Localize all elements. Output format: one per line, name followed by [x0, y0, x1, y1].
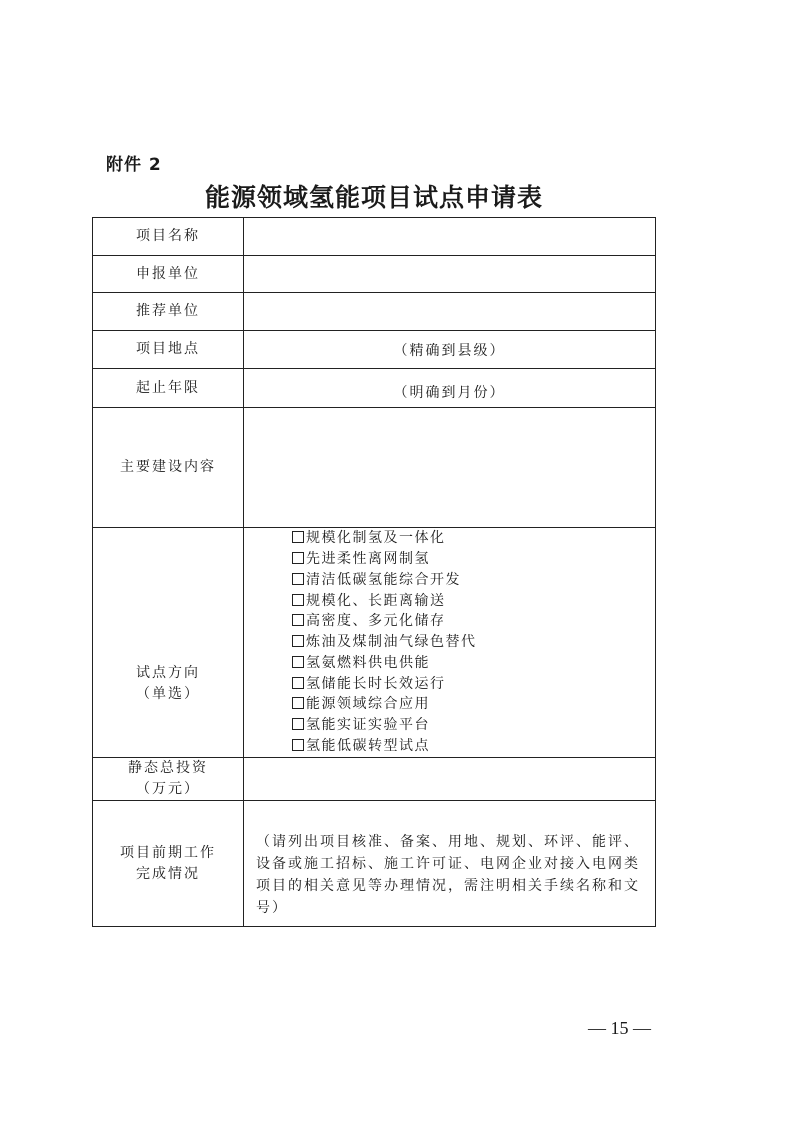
row-direction: 试点方向 （单选） 规模化制氢及一体化 先进柔性离网制氢 清洁低碳氢能综合开发 … — [93, 528, 656, 758]
preliminary-sublabel: 完成情况 — [93, 864, 243, 885]
direction-sublabel: （单选） — [93, 684, 243, 705]
main-content-field[interactable] — [244, 408, 656, 528]
row-period: 起止年限 （明确到月份） — [93, 369, 656, 408]
checkbox-icon[interactable] — [292, 531, 304, 543]
applicant-field[interactable] — [244, 256, 656, 293]
direction-option[interactable]: 规模化制氢及一体化 — [292, 528, 655, 549]
checkbox-icon[interactable] — [292, 739, 304, 751]
location-label: 项目地点 — [93, 331, 244, 369]
direction-option[interactable]: 能源领域综合应用 — [292, 694, 655, 715]
direction-option[interactable]: 规模化、长距离输送 — [292, 591, 655, 612]
preliminary-hint: （请列出项目核准、备案、用地、规划、环评、能评、设备或施工招标、施工许可证、电网… — [256, 831, 645, 919]
direction-option[interactable]: 清洁低碳氢能综合开发 — [292, 570, 655, 591]
applicant-label: 申报单位 — [93, 256, 244, 293]
checkbox-icon[interactable] — [292, 677, 304, 689]
page-title: 能源领域氢能项目试点申请表 — [92, 178, 656, 214]
checkbox-icon[interactable] — [292, 573, 304, 585]
direction-option[interactable]: 氢储能长时长效运行 — [292, 674, 655, 695]
direction-label: 试点方向 — [93, 663, 243, 684]
row-location: 项目地点 （精确到县级） — [93, 331, 656, 369]
row-investment: 静态总投资 （万元） — [93, 758, 656, 801]
direction-option[interactable]: 炼油及煤制油气绿色替代 — [292, 632, 655, 653]
direction-option[interactable]: 氢能低碳转型试点 — [292, 736, 655, 757]
investment-sublabel: （万元） — [93, 779, 243, 800]
preliminary-field[interactable]: （请列出项目核准、备案、用地、规划、环评、能评、设备或施工招标、施工许可证、电网… — [244, 801, 656, 927]
row-project-name: 项目名称 — [93, 218, 656, 256]
location-hint: （精确到县级） — [394, 343, 506, 359]
location-field[interactable]: （精确到县级） — [244, 331, 656, 369]
recommender-field[interactable] — [244, 293, 656, 331]
direction-option[interactable]: 高密度、多元化储存 — [292, 611, 655, 632]
checkbox-icon[interactable] — [292, 614, 304, 626]
page-number: — 15 — — [588, 1018, 651, 1039]
direction-option[interactable]: 氢能实证实验平台 — [292, 715, 655, 736]
preliminary-label-cell: 项目前期工作 完成情况 — [93, 801, 244, 927]
checkbox-icon[interactable] — [292, 635, 304, 647]
checkbox-icon[interactable] — [292, 594, 304, 606]
checkbox-icon[interactable] — [292, 552, 304, 564]
preliminary-label: 项目前期工作 — [93, 843, 243, 864]
project-name-field[interactable] — [244, 218, 656, 256]
checkbox-icon[interactable] — [292, 656, 304, 668]
row-recommender: 推荐单位 — [93, 293, 656, 331]
application-form-table: 项目名称 申报单位 推荐单位 项目地点 （精确到县级） 起止年限 （明确到月份）… — [92, 217, 656, 927]
direction-options: 规模化制氢及一体化 先进柔性离网制氢 清洁低碳氢能综合开发 规模化、长距离输送 … — [244, 528, 656, 758]
project-name-label: 项目名称 — [93, 218, 244, 256]
period-field[interactable]: （明确到月份） — [244, 369, 656, 408]
row-applicant: 申报单位 — [93, 256, 656, 293]
row-preliminary: 项目前期工作 完成情况 （请列出项目核准、备案、用地、规划、环评、能评、设备或施… — [93, 801, 656, 927]
investment-label-cell: 静态总投资 （万元） — [93, 758, 244, 801]
attachment-label: 附件 2 — [106, 150, 162, 175]
direction-option[interactable]: 氢氨燃料供电供能 — [292, 653, 655, 674]
row-main-content: 主要建设内容 — [93, 408, 656, 528]
period-label: 起止年限 — [93, 369, 244, 408]
checkbox-icon[interactable] — [292, 697, 304, 709]
direction-option[interactable]: 先进柔性离网制氢 — [292, 549, 655, 570]
investment-field[interactable] — [244, 758, 656, 801]
period-hint: （明确到月份） — [394, 385, 506, 401]
direction-label-cell: 试点方向 （单选） — [93, 528, 244, 758]
recommender-label: 推荐单位 — [93, 293, 244, 331]
main-content-label: 主要建设内容 — [93, 408, 244, 528]
investment-label: 静态总投资 — [93, 758, 243, 779]
checkbox-icon[interactable] — [292, 718, 304, 730]
